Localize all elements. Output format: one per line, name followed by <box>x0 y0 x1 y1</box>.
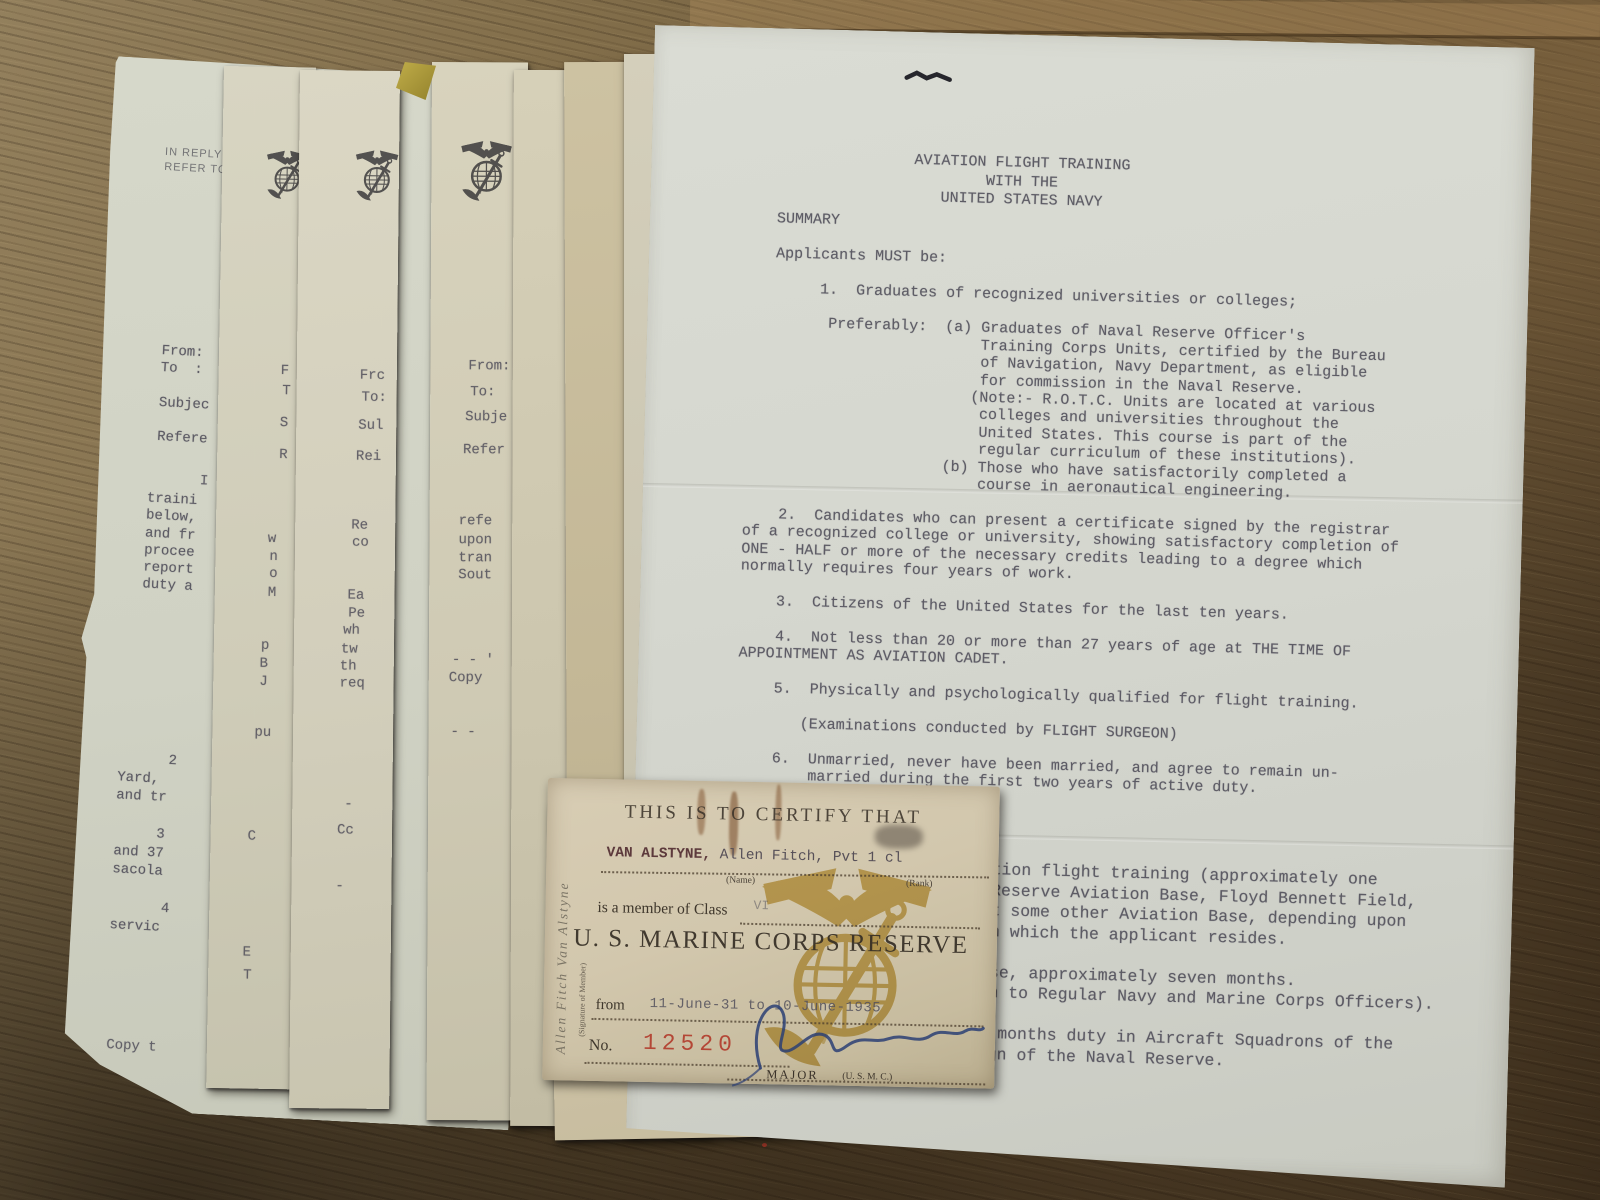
strip2-fragment: Pe <box>348 606 365 622</box>
signature-of-member-label: (Signature of Member) <box>577 963 587 1037</box>
usmc-reserve-membership-card: THIS IS TO CERTIFY THAT VAN ALSTYNE, All… <box>542 778 1000 1089</box>
strip1-fragment: T <box>243 967 252 983</box>
strip3-fragment: tran <box>458 550 492 566</box>
class-value-typed: VI <box>753 898 769 913</box>
photo-of-documents-on-wood-table: { "colors": { "wood_light": "#93805d", "… <box>0 0 1600 1200</box>
strip2-fragment: Ea <box>347 588 364 604</box>
certify-heading: THIS IS TO CERTIFY THAT <box>547 800 999 831</box>
strip3-fragment: Subje <box>465 409 507 425</box>
strip2-fragment: Sul <box>358 418 383 434</box>
strip3-fragment: From: <box>468 358 510 374</box>
document-partially-covered-text: mination flight training (approximately … <box>947 859 1437 1077</box>
usmc-emblem-stamp-icon <box>455 124 517 218</box>
strip3-fragment: Sout <box>458 567 492 583</box>
strip1-fragment: E <box>242 944 251 960</box>
letter-body-fragment: traini below, and fr procee report duty … <box>142 490 198 596</box>
staple-icon <box>904 66 956 85</box>
strip1-fragment: T <box>282 383 291 399</box>
strip2-fragment: To: <box>361 390 386 406</box>
strip1-fragment: o <box>269 566 278 582</box>
member-signature-handwritten: Allen Fitch Van Alstyne <box>553 881 572 1054</box>
strip3-fragment: - - ' <box>452 652 494 668</box>
strip1-fragment: n <box>269 549 278 565</box>
strip2-fragment: Frc <box>360 368 385 384</box>
strip2-fragment: Cc <box>337 822 354 838</box>
strip3-fragment: Refer <box>463 442 505 458</box>
name-label: (Name) <box>726 875 755 886</box>
letter-opening-indent: I <box>199 473 208 489</box>
strip1-fragment: F <box>281 363 290 379</box>
usmc-label: (U. S. M. C.) <box>842 1072 892 1083</box>
member-of-class-line: is a member of Class <box>597 899 727 919</box>
strip3-fragment: upon <box>458 532 492 548</box>
in-reply-refer-note: IN REPLYI REFER TO <box>164 145 229 178</box>
strip1-fragment: S <box>280 415 289 431</box>
from-label: from <box>595 997 624 1015</box>
strip1-fragment: C <box>247 829 256 845</box>
folded-letter-strip-2: Frc To: Sul Rei Re co Ea Pe wh tw th req… <box>289 70 400 1109</box>
major-label: MAJOR <box>766 1067 819 1083</box>
strip2-fragment: co <box>352 535 369 551</box>
letter-numbered-paragraphs: 2 Yard, and tr 3 and 37 sacola 4 servic <box>109 749 177 937</box>
strip1-fragment: pu <box>254 725 271 741</box>
membership-number: 12520 <box>643 1030 737 1058</box>
rank-label: (Rank) <box>906 879 933 890</box>
strip1-fragment: J <box>259 674 268 690</box>
usmc-emblem-stamp-icon <box>350 135 400 218</box>
wood-red-speck <box>762 1143 767 1147</box>
strip2-fragment: req <box>339 675 364 691</box>
strip1-fragment: p <box>261 638 270 654</box>
document-body-text: SUMMARY Applicants MUST be: 1. Graduates… <box>735 210 1407 801</box>
document-title: AVIATION FLIGHT TRAINING WITH THE UNITED… <box>821 149 1222 215</box>
strip3-fragment: refe <box>459 513 493 529</box>
strip2-fragment: wh <box>343 622 360 638</box>
strip3-fragment: - - <box>450 724 475 740</box>
strip1-fragment: w <box>268 531 277 547</box>
number-label: No. <box>589 1037 613 1055</box>
strip2-fragment: - <box>344 797 353 813</box>
member-first-name-rank: Allen Fitch, Pvt 1 cl <box>711 847 903 867</box>
strip2-fragment: Rei <box>356 449 381 465</box>
letter-footer-copy-to: Copy t <box>106 1037 157 1056</box>
refer-to-line: REFER TO <box>164 160 228 178</box>
strip1-fragment: R <box>279 447 288 463</box>
strip3-fragment: Copy <box>449 670 483 686</box>
strip1-fragment: B <box>259 656 268 672</box>
strip1-fragment: M <box>268 585 277 601</box>
member-last-name: VAN ALSTYNE, <box>606 845 711 863</box>
strip3-fragment: To: <box>470 384 495 400</box>
strip2-fragment: tw <box>341 641 358 657</box>
strip2-fragment: th <box>340 658 357 674</box>
letter-address-block: From: To : Subjec Refere <box>157 343 213 449</box>
strip2-fragment: - <box>335 878 344 894</box>
strip2-fragment: Re <box>351 518 368 534</box>
